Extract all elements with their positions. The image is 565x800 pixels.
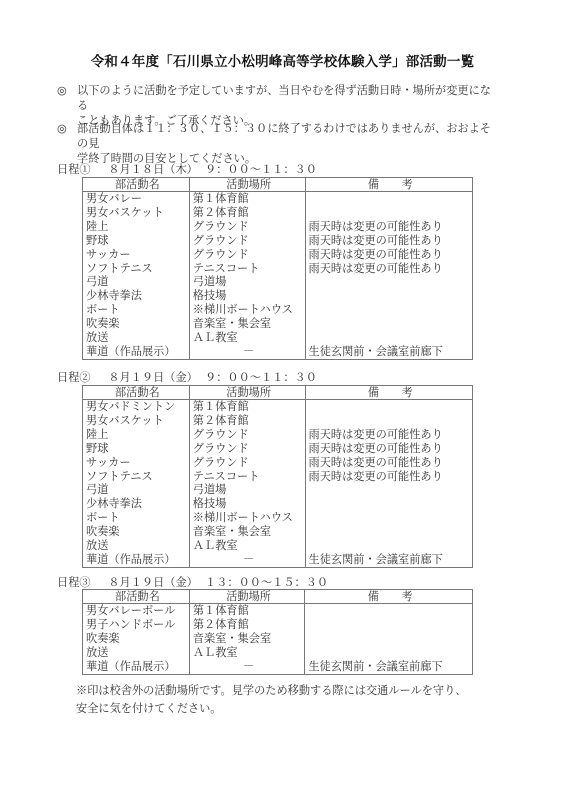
table-row: 吹奏楽音楽室・集会室 bbox=[83, 525, 473, 539]
place-cell: グラウンド bbox=[189, 220, 305, 234]
place-cell: ※梯川ボートハウス bbox=[189, 303, 305, 317]
remarks-cell: 生徒玄関前・会議室前廊下 bbox=[305, 345, 472, 359]
document-title: 令和４年度「石川県立小松明峰高等学校体験入学」部活動一覧 bbox=[0, 50, 565, 70]
club-cell: 男女バスケット bbox=[83, 414, 190, 428]
club-cell: 野球 bbox=[83, 234, 190, 248]
table-row: 華道（作品展示）－生徒玄関前・会議室前廊下 bbox=[83, 553, 473, 567]
header-remarks: 備 考 bbox=[305, 386, 472, 400]
club-cell: 男子ハンドボール bbox=[83, 618, 190, 632]
table-row: 野球グラウンド雨天時は変更の可能性あり bbox=[83, 442, 473, 456]
remarks-cell bbox=[305, 497, 472, 511]
table-row: 男子ハンドボール第２体育館 bbox=[83, 618, 473, 632]
remarks-cell bbox=[305, 303, 472, 317]
table-row: 陸上グラウンド雨天時は変更の可能性あり bbox=[83, 220, 473, 234]
header-club: 部活動名 bbox=[83, 386, 190, 400]
club-cell: 野球 bbox=[83, 442, 190, 456]
notice-2: ◎ 部活動自体は１１：３０、１５：３０に終了するわけではありませんが、おおよその… bbox=[57, 121, 497, 166]
place-cell: 音楽室・集会室 bbox=[189, 632, 305, 646]
club-cell: ボート bbox=[83, 511, 190, 525]
remarks-cell: 雨天時は変更の可能性あり bbox=[305, 442, 472, 456]
table-row: ソフトテニステニスコート雨天時は変更の可能性あり bbox=[83, 470, 473, 484]
header-place: 活動場所 bbox=[189, 590, 305, 604]
footnote-line-2: 安全に気を付けてください。 bbox=[76, 700, 496, 718]
place-cell: 第１体育館 bbox=[189, 604, 305, 618]
table-header-row: 部活動名 活動場所 備 考 bbox=[83, 178, 473, 192]
place-cell: － bbox=[189, 660, 305, 674]
place-cell: グラウンド bbox=[189, 428, 305, 442]
place-cell: 第１体育館 bbox=[189, 400, 305, 414]
table-row: 男女バレーボール第１体育館 bbox=[83, 604, 473, 618]
place-cell: 弓道場 bbox=[189, 275, 305, 289]
club-cell: ソフトテニス bbox=[83, 262, 190, 276]
remarks-cell: 雨天時は変更の可能性あり bbox=[305, 248, 472, 262]
schedule-2-heading: 日程② ８月１９日（金） ９：００～１１：３０ bbox=[57, 369, 317, 385]
place-cell: 音楽室・集会室 bbox=[189, 317, 305, 331]
schedule-1-table: 部活動名 活動場所 備 考 男女バレー第１体育館男女バスケット第２体育館陸上グラ… bbox=[82, 177, 473, 360]
table-row: 男女バスケット第２体育館 bbox=[83, 414, 473, 428]
header-remarks: 備 考 bbox=[305, 178, 472, 192]
schedule-date: ８月１９日（金） bbox=[108, 576, 198, 589]
remarks-cell: 雨天時は変更の可能性あり bbox=[305, 234, 472, 248]
remarks-cell bbox=[305, 414, 472, 428]
schedule-time: ９：００～１１：３０ bbox=[205, 371, 317, 384]
club-cell: 弓道 bbox=[83, 275, 190, 289]
table-header-row: 部活動名 活動場所 備 考 bbox=[83, 386, 473, 400]
double-circle-bullet-icon: ◎ bbox=[57, 83, 67, 98]
place-cell: ＡＬ教室 bbox=[189, 331, 305, 345]
schedule-time: １３：００～１５：３０ bbox=[205, 576, 328, 589]
header-place: 活動場所 bbox=[189, 386, 305, 400]
club-cell: 少林寺拳法 bbox=[83, 289, 190, 303]
club-cell: 華道（作品展示） bbox=[83, 660, 190, 674]
table-row: サッカーグラウンド雨天時は変更の可能性あり bbox=[83, 456, 473, 470]
schedule-2-table: 部活動名 活動場所 備 考 男女バドミントン第１体育館男女バスケット第２体育館陸… bbox=[82, 385, 473, 568]
place-cell: テニスコート bbox=[189, 262, 305, 276]
club-cell: 男女バレーボール bbox=[83, 604, 190, 618]
table-row: ソフトテニステニスコート雨天時は変更の可能性あり bbox=[83, 262, 473, 276]
remarks-cell bbox=[305, 331, 472, 345]
schedule-label: 日程② bbox=[57, 371, 91, 384]
remarks-cell bbox=[305, 511, 472, 525]
club-cell: 吹奏楽 bbox=[83, 525, 190, 539]
place-cell: グラウンド bbox=[189, 442, 305, 456]
club-cell: サッカー bbox=[83, 248, 190, 262]
remarks-cell bbox=[305, 618, 473, 632]
notice-2-line-1: 部活動自体は１１：３０、１５：３０に終了するわけではありませんが、おおよその見 bbox=[77, 121, 497, 151]
header-club: 部活動名 bbox=[83, 178, 190, 192]
club-cell: 華道（作品展示） bbox=[83, 345, 190, 359]
place-cell: テニスコート bbox=[189, 470, 305, 484]
place-cell: 格技場 bbox=[189, 497, 305, 511]
remarks-cell bbox=[305, 632, 473, 646]
remarks-cell bbox=[305, 275, 472, 289]
club-cell: ソフトテニス bbox=[83, 470, 190, 484]
remarks-cell bbox=[305, 400, 472, 414]
schedule-time: ９：００～１１：３０ bbox=[205, 163, 317, 176]
table-row: 少林寺拳法格技場 bbox=[83, 497, 473, 511]
club-cell: 放送 bbox=[83, 331, 190, 345]
remarks-cell: 生徒玄関前・会議室前廊下 bbox=[305, 660, 473, 674]
table-row: 華道（作品展示）－生徒玄関前・会議室前廊下 bbox=[83, 345, 473, 359]
club-cell: 放送 bbox=[83, 646, 190, 660]
table-row: 華道（作品展示）－生徒玄関前・会議室前廊下 bbox=[83, 660, 473, 674]
table-row: 男女バレー第１体育館 bbox=[83, 192, 473, 206]
remarks-cell bbox=[305, 206, 472, 220]
club-cell: 陸上 bbox=[83, 220, 190, 234]
place-cell: ＡＬ教室 bbox=[189, 646, 305, 660]
schedule-label: 日程① bbox=[57, 163, 91, 176]
table-row: 放送ＡＬ教室 bbox=[83, 646, 473, 660]
remarks-cell: 雨天時は変更の可能性あり bbox=[305, 470, 472, 484]
place-cell: 格技場 bbox=[189, 289, 305, 303]
table-row: 放送ＡＬ教室 bbox=[83, 539, 473, 553]
remarks-cell bbox=[305, 289, 472, 303]
club-cell: 少林寺拳法 bbox=[83, 497, 190, 511]
table-row: ボート※梯川ボートハウス bbox=[83, 511, 473, 525]
schedule-3-heading: 日程③ ８月１９日（金） １３：００～１５：３０ bbox=[57, 574, 328, 590]
table-row: 陸上グラウンド雨天時は変更の可能性あり bbox=[83, 428, 473, 442]
remarks-cell: 雨天時は変更の可能性あり bbox=[305, 428, 472, 442]
remarks-cell bbox=[305, 604, 473, 618]
remarks-cell: 雨天時は変更の可能性あり bbox=[305, 456, 472, 470]
remarks-cell: 生徒玄関前・会議室前廊下 bbox=[305, 553, 472, 567]
schedule-date: ８月１８日（木） bbox=[108, 163, 198, 176]
table-row: 弓道弓道場 bbox=[83, 275, 473, 289]
header-place: 活動場所 bbox=[189, 178, 305, 192]
remarks-cell bbox=[305, 539, 472, 553]
header-remarks: 備 考 bbox=[305, 590, 473, 604]
club-cell: 吹奏楽 bbox=[83, 317, 190, 331]
remarks-cell bbox=[305, 646, 473, 660]
club-cell: 男女バレー bbox=[83, 192, 190, 206]
remarks-cell bbox=[305, 483, 472, 497]
table-header-row: 部活動名 活動場所 備 考 bbox=[83, 590, 473, 604]
place-cell: － bbox=[189, 553, 305, 567]
place-cell: グラウンド bbox=[189, 456, 305, 470]
table-row: サッカーグラウンド雨天時は変更の可能性あり bbox=[83, 248, 473, 262]
place-cell: 音楽室・集会室 bbox=[189, 525, 305, 539]
notice-1-line-1: 以下のように活動を予定していますが、当日やむを得ず活動日時・場所が変更になる bbox=[77, 83, 497, 113]
schedule-date: ８月１９日（金） bbox=[108, 371, 198, 384]
table-row: 放送ＡＬ教室 bbox=[83, 331, 473, 345]
place-cell: 第１体育館 bbox=[189, 192, 305, 206]
club-cell: 弓道 bbox=[83, 483, 190, 497]
remarks-cell bbox=[305, 192, 472, 206]
double-circle-bullet-icon: ◎ bbox=[57, 121, 67, 136]
table-row: 吹奏楽音楽室・集会室 bbox=[83, 632, 473, 646]
remarks-cell bbox=[305, 317, 472, 331]
remarks-cell: 雨天時は変更の可能性あり bbox=[305, 262, 472, 276]
remarks-cell: 雨天時は変更の可能性あり bbox=[305, 220, 472, 234]
table-row: 男女バスケット第２体育館 bbox=[83, 206, 473, 220]
place-cell: 弓道場 bbox=[189, 483, 305, 497]
table-row: 男女バドミントン第１体育館 bbox=[83, 400, 473, 414]
club-cell: サッカー bbox=[83, 456, 190, 470]
club-cell: 吹奏楽 bbox=[83, 632, 190, 646]
place-cell: グラウンド bbox=[189, 234, 305, 248]
place-cell: 第２体育館 bbox=[189, 618, 305, 632]
club-cell: 陸上 bbox=[83, 428, 190, 442]
place-cell: ＡＬ教室 bbox=[189, 539, 305, 553]
club-cell: 華道（作品展示） bbox=[83, 553, 190, 567]
remarks-cell bbox=[305, 525, 472, 539]
footnote-line-1: ※印は校舎外の活動場所です。見学のため移動する際には交通ルールを守り、 bbox=[76, 682, 496, 700]
place-cell: ※梯川ボートハウス bbox=[189, 511, 305, 525]
place-cell: グラウンド bbox=[189, 248, 305, 262]
table-row: 少林寺拳法格技場 bbox=[83, 289, 473, 303]
header-club: 部活動名 bbox=[83, 590, 190, 604]
footnote: ※印は校舎外の活動場所です。見学のため移動する際には交通ルールを守り、 安全に気… bbox=[76, 682, 496, 718]
place-cell: － bbox=[189, 345, 305, 359]
place-cell: 第２体育館 bbox=[189, 206, 305, 220]
club-cell: ボート bbox=[83, 303, 190, 317]
table-row: ボート※梯川ボートハウス bbox=[83, 303, 473, 317]
club-cell: 男女バドミントン bbox=[83, 400, 190, 414]
table-row: 弓道弓道場 bbox=[83, 483, 473, 497]
club-cell: 男女バスケット bbox=[83, 206, 190, 220]
table-row: 吹奏楽音楽室・集会室 bbox=[83, 317, 473, 331]
place-cell: 第２体育館 bbox=[189, 414, 305, 428]
table-row: 野球グラウンド雨天時は変更の可能性あり bbox=[83, 234, 473, 248]
schedule-label: 日程③ bbox=[57, 576, 91, 589]
club-cell: 放送 bbox=[83, 539, 190, 553]
schedule-1-heading: 日程① ８月１８日（木） ９：００～１１：３０ bbox=[57, 161, 317, 177]
schedule-3-table: 部活動名 活動場所 備 考 男女バレーボール第１体育館男子ハンドボール第２体育館… bbox=[82, 589, 473, 675]
